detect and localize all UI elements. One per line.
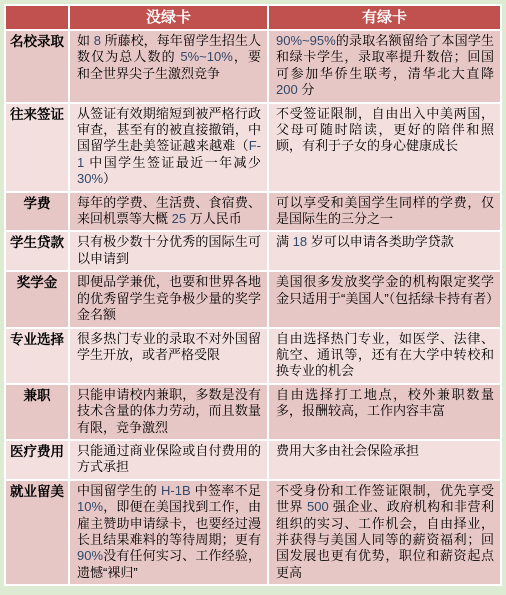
header-cell-has-greencard: 有绿卡 — [268, 5, 501, 30]
latin-text: 8 — [94, 33, 101, 48]
latin-text: 10% — [77, 499, 103, 514]
has-greencard-cell: 不受签证限制，自由出入中美两国，父母可随时陪读，更好的陪伴和照顾，有利于子女的身… — [268, 103, 501, 192]
has-greencard-cell: 自由选择热门专业，如医学、法律、航空、通讯等，还有在大学中转校和换专业的机会 — [268, 328, 501, 384]
table-row: 医疗费用只能通过商业保险或自付费用的方式承担费用大多由社会保险承担 — [5, 440, 501, 480]
table-row: 专业选择很多热门专业的录取不对外国留学生开放，或者严格受限自由选择热门专业，如医… — [5, 328, 501, 384]
header-cell-blank — [5, 5, 69, 30]
latin-text: 25 — [172, 211, 186, 226]
no-greencard-cell: 即便品学兼优，也要和世界各地的优秀留学生竞争极少量的奖学金名额 — [69, 271, 268, 327]
latin-text: 200 — [276, 82, 298, 97]
no-greencard-cell: 很多热门专业的录取不对外国留学生开放，或者严格受限 — [69, 328, 268, 384]
no-greencard-cell: 从签证有效期缩短到被严格行政审查，甚至有的被直接撤销，中国留学生赴美签证越来越难… — [69, 103, 268, 192]
header-row: 没绿卡 有绿卡 — [5, 5, 501, 30]
latin-text: 30% — [77, 171, 103, 186]
latin-text: F-1 — [77, 138, 261, 169]
table-header: 没绿卡 有绿卡 — [5, 5, 501, 30]
greencard-comparison-table: 没绿卡 有绿卡 名校录取如 8 所藤校，每年留学生招生人数仅为总人数的 5%~1… — [4, 4, 502, 586]
row-label: 就业留美 — [5, 480, 69, 585]
has-greencard-cell: 不受身份和工作签证限制，优先享受世界 500 强企业、政府机构和非营利组织的实习… — [268, 480, 501, 585]
row-label: 兼职 — [5, 384, 69, 440]
latin-text: H-1B — [161, 483, 191, 498]
has-greencard-cell: 自由选择打工地点，校外兼职数量多，报酬较高，工作内容丰富 — [268, 384, 501, 440]
latin-text: 18 — [293, 234, 307, 249]
table-frame: 没绿卡 有绿卡 名校录取如 8 所藤校，每年留学生招生人数仅为总人数的 5%~1… — [0, 0, 506, 595]
table-row: 兼职只能申请校内兼职，多数是没有技术含量的体力劳动，而且数量有限，竞争激烈自由选… — [5, 384, 501, 440]
latin-text: 5%~10% — [180, 49, 232, 64]
row-label: 专业选择 — [5, 328, 69, 384]
row-label: 奖学金 — [5, 271, 69, 327]
row-label: 学费 — [5, 192, 69, 232]
table-row: 名校录取如 8 所藤校，每年留学生招生人数仅为总人数的 5%~10%，要和全世界… — [5, 30, 501, 103]
table-row: 学费每年的学费、生活费、食宿费、来回机票等大概 25 万人民币可以享受和美国学生… — [5, 192, 501, 232]
no-greencard-cell: 如 8 所藤校，每年留学生招生人数仅为总人数的 5%~10%，要和全世界尖子生激… — [69, 30, 268, 103]
latin-text: 500 — [307, 499, 329, 514]
no-greencard-cell: 只有极少数十分优秀的国际生可以申请到 — [69, 231, 268, 271]
row-label: 名校录取 — [5, 30, 69, 103]
has-greencard-cell: 满 18 岁可以申请各类助学贷款 — [268, 231, 501, 271]
latin-text: 90% — [77, 548, 103, 563]
has-greencard-cell: 美国很多发放奖学金的机构限定奖学金只适用于“美国人”（包括绿卡持有者） — [268, 271, 501, 327]
has-greencard-cell: 可以享受和美国学生同样的学费，仅是国际生的三分之一 — [268, 192, 501, 232]
header-cell-no-greencard: 没绿卡 — [69, 5, 268, 30]
row-label: 往来签证 — [5, 103, 69, 192]
has-greencard-cell: 费用大多由社会保险承担 — [268, 440, 501, 480]
has-greencard-cell: 90%~95%的录取名额留给了本国学生和绿卡学生，录取率提升数倍；回国可参加华侨… — [268, 30, 501, 103]
table-row: 学生贷款只有极少数十分优秀的国际生可以申请到满 18 岁可以申请各类助学贷款 — [5, 231, 501, 271]
no-greencard-cell: 中国留学生的 H-1B 中签率不足 10%，即便在美国找到工作，由雇主赞助申请绿… — [69, 480, 268, 585]
latin-text: 90%~95% — [276, 33, 336, 48]
table-row: 奖学金即便品学兼优，也要和世界各地的优秀留学生竞争极少量的奖学金名额美国很多发放… — [5, 271, 501, 327]
row-label: 医疗费用 — [5, 440, 69, 480]
table-row: 往来签证从签证有效期缩短到被严格行政审查，甚至有的被直接撤销，中国留学生赴美签证… — [5, 103, 501, 192]
no-greencard-cell: 只能通过商业保险或自付费用的方式承担 — [69, 440, 268, 480]
no-greencard-cell: 每年的学费、生活费、食宿费、来回机票等大概 25 万人民币 — [69, 192, 268, 232]
no-greencard-cell: 只能申请校内兼职，多数是没有技术含量的体力劳动，而且数量有限，竞争激烈 — [69, 384, 268, 440]
table-body: 名校录取如 8 所藤校，每年留学生招生人数仅为总人数的 5%~10%，要和全世界… — [5, 30, 501, 585]
row-label: 学生贷款 — [5, 231, 69, 271]
table-row: 就业留美中国留学生的 H-1B 中签率不足 10%，即便在美国找到工作，由雇主赞… — [5, 480, 501, 585]
